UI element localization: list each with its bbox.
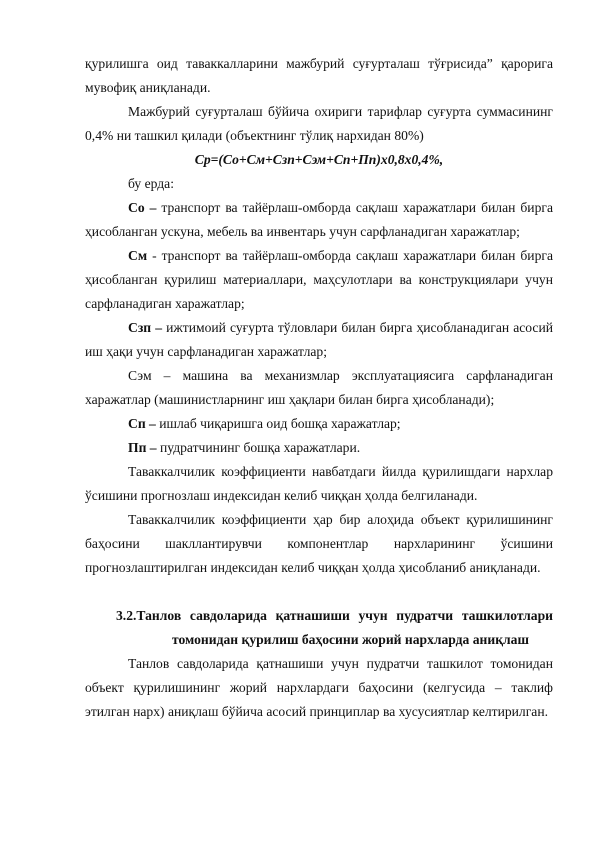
paragraph-risk-coefficient: Таваккалчилик коэффициенти навбатдаги йи… bbox=[85, 460, 553, 508]
section-heading: 3.2.Танлов савдоларида қатнашиши учун пу… bbox=[85, 604, 553, 652]
paragraph-risk-coefficient-detail: Таваккалчилик коэффициенти ҳар бир алоҳи… bbox=[85, 508, 553, 580]
definition-co: Со – транспорт ва тайёрлаш-омборда сақла… bbox=[85, 196, 553, 244]
definition-cem: Сэм – машина ва механизмлар эксплуатация… bbox=[85, 364, 553, 412]
term-cp: Сп – bbox=[128, 416, 156, 431]
definition-pp: Пп – пудратчининг бошқа харажатлари. bbox=[85, 436, 553, 460]
formula: Ср=(Со+См+Сзп+Сэм+Сп+Пп)х0,8х0,4%, bbox=[85, 148, 553, 172]
definition-text: - транспорт ва тайёрлаш-омборда сақлаш х… bbox=[85, 248, 553, 311]
definition-cm: См - транспорт ва тайёрлаш-омборда сақла… bbox=[85, 244, 553, 316]
definition-text: транспорт ва тайёрлаш-омборда сақлаш хар… bbox=[85, 200, 553, 239]
term-cm: См bbox=[128, 248, 147, 263]
term-co: Со – bbox=[128, 200, 156, 215]
paragraph-closing: Танлов савдоларида қатнашиши учун пудрат… bbox=[85, 652, 553, 724]
definition-text: ишлаб чиқаришга оид бошқа харажатлар; bbox=[156, 416, 401, 431]
definition-czp: Сзп – ижтимоий суғурта тўловлари билан б… bbox=[85, 316, 553, 364]
paragraph-tariff: Мажбурий суғурталаш бўйича охириги тариф… bbox=[85, 100, 553, 148]
term-czp: Сзп – bbox=[128, 320, 162, 335]
paragraph-continuation: қурилишга оид таваккалларини мажбурий су… bbox=[85, 52, 553, 100]
definition-text: пудратчининг бошқа харажатлари. bbox=[157, 440, 361, 455]
document-page: қурилишга оид таваккалларини мажбурий су… bbox=[85, 52, 553, 724]
paragraph-where: бу ерда: bbox=[85, 172, 553, 196]
spacer bbox=[85, 580, 553, 604]
definition-cp: Сп – ишлаб чиқаришга оид бошқа харажатла… bbox=[85, 412, 553, 436]
term-pp: Пп – bbox=[128, 440, 157, 455]
